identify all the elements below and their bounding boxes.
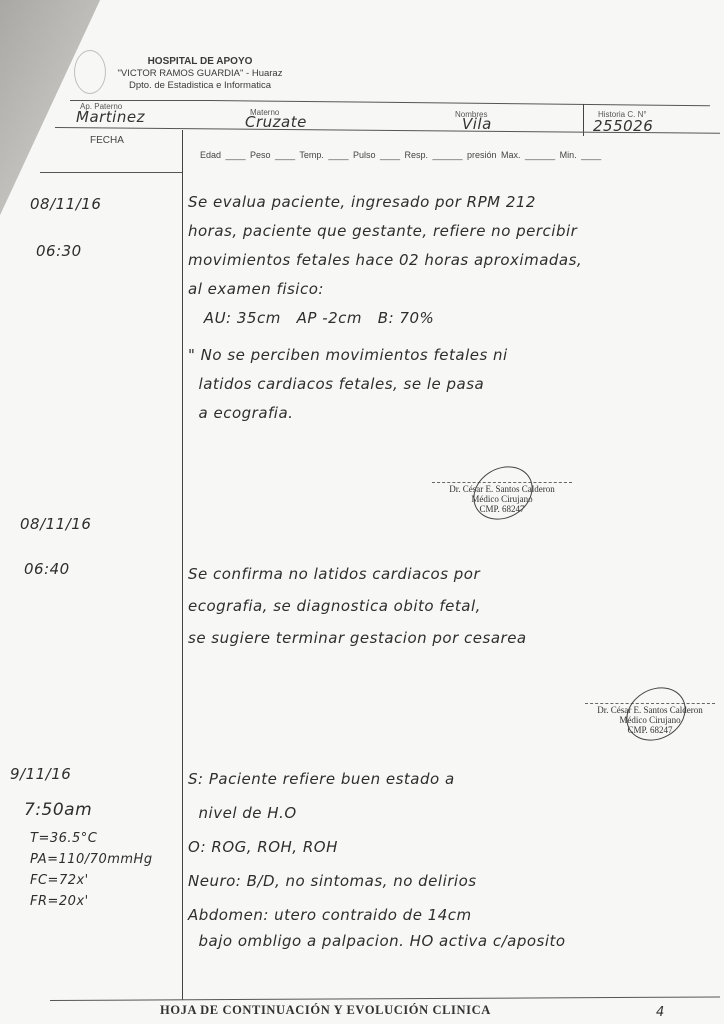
note-line: movimientos fetales hace 02 horas aproxi… [188, 246, 582, 275]
note-line: Se confirma no latidos cardiacos por [188, 558, 527, 590]
note-line: se sugiere terminar gestacion por cesare… [188, 622, 527, 654]
paternal-surname: Martinez [76, 108, 145, 126]
note-line: horas, paciente que gestante, refiere no… [188, 217, 582, 246]
vital-bp: PA=110/70mmHg [30, 849, 153, 870]
note-line: a ecografia. [188, 399, 582, 428]
entry-date: 08/11/16 [20, 515, 91, 533]
note-line: nivel de H.O [188, 796, 566, 830]
entry-time: 7:50am [24, 800, 92, 820]
note-line: ecografia, se diagnostica obito fetal, [188, 590, 527, 622]
note-line: latidos cardiacos fetales, se le pasa [188, 370, 582, 399]
entry-date: 08/11/16 [30, 195, 101, 213]
vital-hr: FC=72x' [30, 870, 153, 891]
doctor-stamp: Dr. César E. Santos Calderon Médico Ciru… [432, 482, 572, 514]
vital-temp: T=36.5°C [30, 828, 153, 849]
note-line: S: Paciente refiere buen estado a [188, 762, 566, 796]
note-line: bajo ombligo a palpacion. HO activa c/ap… [188, 924, 566, 958]
doctor-stamp: Dr. César E. Santos Calderon Médico Ciru… [585, 703, 715, 735]
entry-date: 9/11/16 [10, 765, 71, 783]
entry-note: Se evalua paciente, ingresado por RPM 21… [188, 188, 582, 428]
note-line: al examen fisico: [188, 275, 582, 304]
hospital-name: "VICTOR RAMOS GUARDIA" - Huaraz [100, 68, 300, 80]
note-line: O: ROG, ROH, ROH [188, 830, 566, 864]
note-line: Se evalua paciente, ingresado por RPM 21… [188, 188, 582, 217]
note-line: AU: 35cm AP -2cm B: 70% [188, 304, 582, 333]
divider [40, 172, 182, 173]
entry-vitals: T=36.5°C PA=110/70mmHg FC=72x' FR=20x' [30, 828, 153, 912]
department: Dpto. de Estadistica e Informatica [100, 80, 300, 92]
hospital-header: HOSPITAL DE APOYO "VICTOR RAMOS GUARDIA"… [100, 56, 300, 92]
vitals-template: Edad ____ Peso ____ Temp. ____ Pulso ___… [200, 150, 601, 160]
divider [70, 100, 210, 101]
note-line: " No se perciben movimientos fetales ni [188, 341, 582, 370]
entry-note: S: Paciente refiere buen estado a nivel … [188, 762, 566, 958]
page-number: 4 [656, 1005, 665, 1020]
column-divider [182, 130, 183, 1000]
entry-time: 06:40 [24, 560, 70, 578]
entry-time: 06:30 [36, 242, 82, 260]
hospital-title: HOSPITAL DE APOYO [100, 56, 300, 68]
fecha-header: FECHA [90, 135, 124, 146]
vital-rr: FR=20x' [30, 891, 153, 912]
entry-note: Se confirma no latidos cardiacos por eco… [188, 558, 527, 654]
note-line: Neuro: B/D, no sintomas, no delirios [188, 864, 566, 898]
form-title: HOJA DE CONTINUACIÓN Y EVOLUCIÓN CLINICA [160, 1003, 491, 1018]
